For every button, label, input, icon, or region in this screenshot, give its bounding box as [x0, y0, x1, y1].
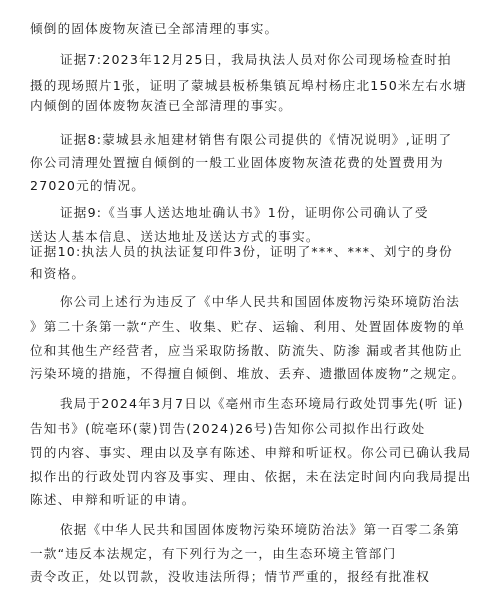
text-line: 我局于2024年3月7日以《亳州市生态环境局行政处罚事先(听 证)	[60, 396, 464, 412]
text-line: 内倾倒的固体废物灰渣已全部清理的事实。	[30, 98, 292, 114]
text-line: 证据8:蒙城县永旭建材销售有限公司提供的《情况说明》,证明了	[60, 132, 452, 148]
text-line: 拟作出的行政处罚内容及事实、理由、依据，未在法定时间内向我局提出	[30, 469, 471, 485]
text-line: 罚的内容、事实、理由以及享有陈述、申辩和听证权。你公司已确认我局	[30, 445, 471, 461]
text-line: 倾倒的固体废物灰渣已全部清理的事实。	[30, 21, 278, 37]
text-line: 位和其他生产经营者，应当采取防扬散、防流失、防渗 漏或者其他防止	[30, 343, 463, 359]
text-line: 证据9:《当事人送达地址确认书》1份，证明你公司确认了受	[60, 205, 429, 221]
text-line: 证据7:2023年12月25日，我局执法人员对你公司现场检查时拍	[60, 52, 452, 68]
text-line: 》第二十条第一款“产生、收集、贮存、运输、利用、处置固体废物的单	[30, 319, 465, 335]
text-line: 告知书》(皖亳环(蒙)罚告(2024)26号)告知你公司拟作出行政处	[30, 421, 425, 437]
text-line: 一款“违反本法规定，有下列行为之一，由生态环境主管部门	[30, 546, 396, 562]
text-line: 陈述、申辩和听证的申请。	[30, 492, 196, 508]
text-line: 和资格。	[30, 266, 85, 282]
text-line: 送达人基本信息、送达地址及送达方式的事实。	[30, 229, 320, 245]
text-line: 你公司清理处置擅自倾倒的一般工业固体废物灰渣花费的处置费用为	[30, 155, 444, 171]
text-line: 污染环境的措施，不得擅自倾倒、堆放、丢弃、遗撒固体废物”之规定。	[30, 366, 465, 382]
text-line: 摄的现场照片1张，证明了蒙城县板桥集镇瓦埠村杨庄北150米左右水塘	[30, 78, 467, 94]
text-line: 你公司上述行为违反了《中华人民共和国固体废物污染环境防治法	[60, 294, 460, 310]
text-line: 证据10:执法人员的执法证复印件3份，证明了***、***、刘宁的身份	[30, 244, 453, 260]
text-line: 责令改正，处以罚款，没收违法所得；情节严重的，报经有批准权	[30, 569, 430, 585]
text-line: 27020元的情况。	[30, 178, 145, 194]
text-line: 依据《中华人民共和国固体废物污染环境防治法》第一百零二条第	[60, 522, 460, 538]
